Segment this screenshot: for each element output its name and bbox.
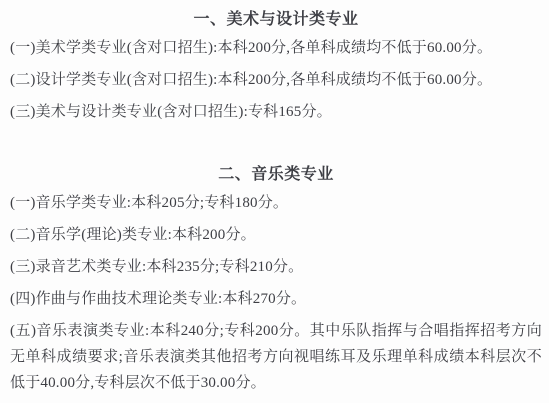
score-line-music-2: (二)音乐学(理论)类专业:本科200分。 [10,222,542,248]
section-heading-music: 二、音乐类专业 [10,166,542,184]
score-line-music-1: (一)音乐学类专业:本科205分;专科180分。 [10,190,542,216]
section-heading-art-design: 一、美术与设计类专业 [10,11,542,29]
score-line-art-1: (一)美术学类专业(含对口招生):本科200分,各单科成绩均不低于60.00分。 [10,35,542,61]
score-line-music-5: (五)音乐表演类专业:本科240分;专科200分。其中乐队指挥与合唱指挥招考方向… [10,318,542,396]
score-line-music-3: (三)录音艺术类专业:本科235分;专科210分。 [10,254,542,280]
document: 一、美术与设计类专业 (一)美术学类专业(含对口招生):本科200分,各单科成绩… [0,0,549,403]
score-line-art-2: (二)设计学类专业(含对口招生):本科200分,各单科成绩均不低于60.00分。 [10,67,542,93]
section-art-design: 一、美术与设计类专业 (一)美术学类专业(含对口招生):本科200分,各单科成绩… [10,11,542,125]
score-line-art-3: (三)美术与设计类专业(含对口招生):专科165分。 [10,99,542,125]
section-music: 二、音乐类专业 (一)音乐学类专业:本科205分;专科180分。 (二)音乐学(… [10,166,542,396]
score-line-music-4: (四)作曲与作曲技术理论类专业:本科270分。 [10,286,542,312]
